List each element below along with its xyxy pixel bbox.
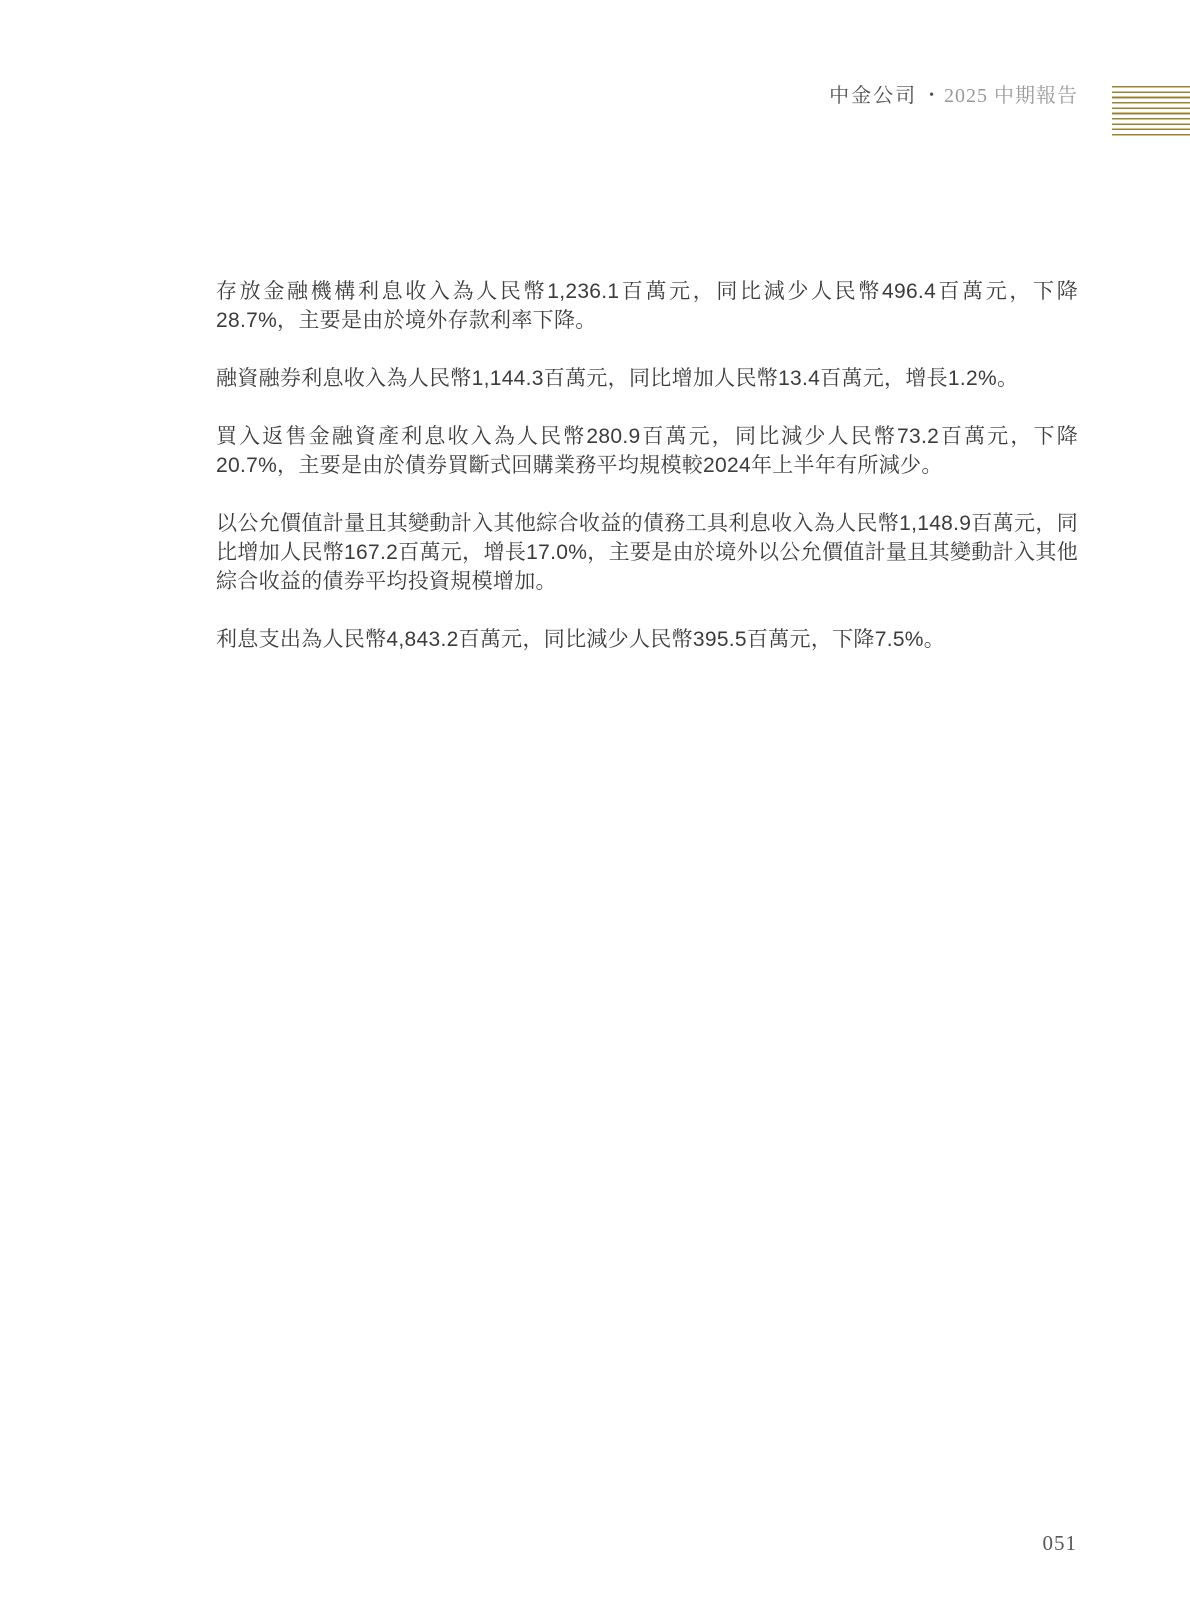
body-text: 存放金融機構利息收入為人民幣1,236.1百萬元，同比減少人民幣496.4百萬元… <box>216 277 1078 654</box>
page-header: 中金公司 • 2025 中期報告 <box>829 84 1078 108</box>
report-page: 中金公司 • 2025 中期報告 存放金融機構利息收入為人民幣1,236.1百萬… <box>0 0 1190 1615</box>
company-name: 中金公司 <box>829 84 917 108</box>
para-fvoci-debt-interest: 以公允價值計量且其變動計入其他綜合收益的債務工具利息收入為人民幣1,148.9百… <box>216 509 1078 596</box>
report-title: 2025 中期報告 <box>944 84 1078 108</box>
para-margin-financing-interest: 融資融券利息收入為人民幣1,144.3百萬元，同比增加人民幣13.4百萬元，增長… <box>216 364 1078 393</box>
para-reverse-repo-interest: 買入返售金融資產利息收入為人民幣280.9百萬元，同比減少人民幣73.2百萬元，… <box>216 422 1078 480</box>
page-number: 051 <box>1043 1531 1078 1556</box>
gold-stripes-logo-icon <box>1112 86 1190 136</box>
para-interest-expense: 利息支出為人民幣4,843.2百萬元，同比減少人民幣395.5百萬元，下降7.5… <box>216 625 1078 654</box>
separator-dot: • <box>929 84 934 108</box>
para-deposit-interest-income: 存放金融機構利息收入為人民幣1,236.1百萬元，同比減少人民幣496.4百萬元… <box>216 277 1078 335</box>
